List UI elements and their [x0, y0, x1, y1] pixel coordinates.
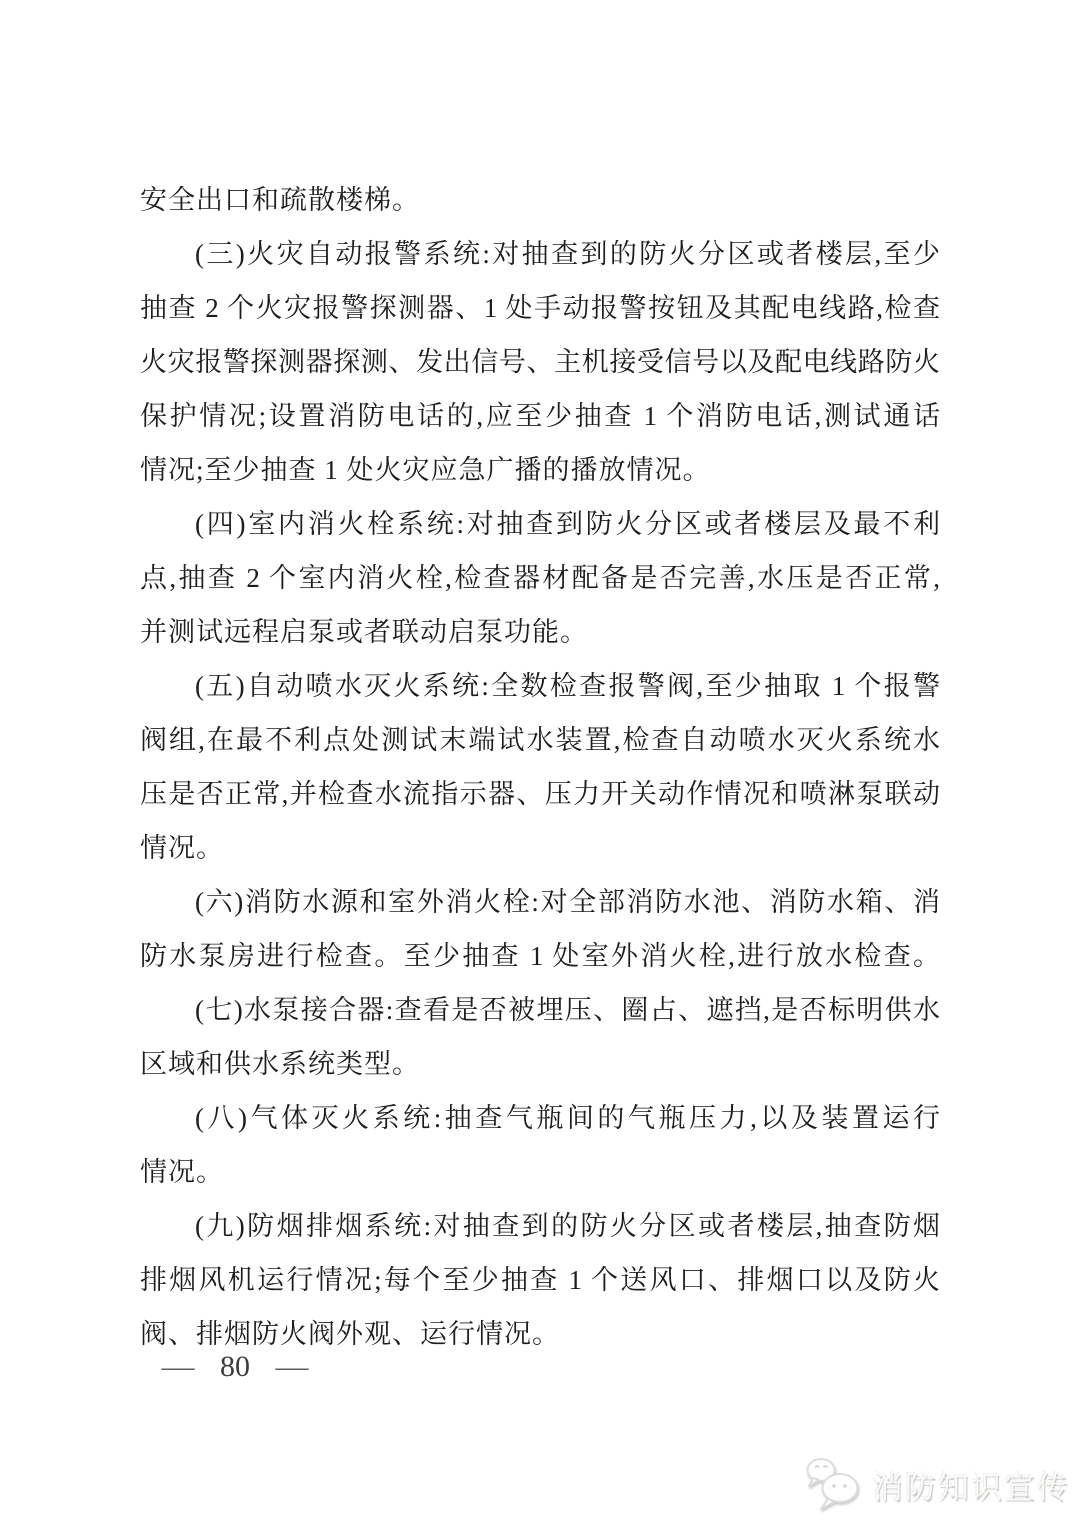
text-line: 火灾报警探测器探测、发出信号、主机接受信号以及配电线路防火 [140, 335, 940, 389]
page-number-dash-left: — [162, 1350, 195, 1384]
text-line: (六)消防水源和室外消火栓:对全部消防水池、消防水箱、消 [140, 875, 940, 929]
wechat-icon [804, 1457, 864, 1511]
text-line: 区域和供水系统类型。 [140, 1037, 940, 1091]
text-line: 抽查 2 个火灾报警探测器、1 处手动报警按钮及其配电线路,检查 [140, 281, 940, 335]
text-line: 情况;至少抽查 1 处火灾应急广播的播放情况。 [140, 443, 940, 497]
text-line: 安全出口和疏散楼梯。 [140, 173, 940, 227]
document-body: 安全出口和疏散楼梯。 (三)火灾自动报警系统:对抽查到的防火分区或者楼层,至少 … [140, 173, 940, 1361]
text-line: 点,抽查 2 个室内消火栓,检查器材配备是否完善,水压是否正常, [140, 551, 940, 605]
document-page: 安全出口和疏散楼梯。 (三)火灾自动报警系统:对抽查到的防火分区或者楼层,至少 … [0, 0, 1080, 1527]
text-line: 排烟风机运行情况;每个至少抽查 1 个送风口、排烟口以及防火 [140, 1253, 940, 1307]
page-number: — 80 — [163, 1350, 307, 1384]
text-line: 防水泵房进行检查。至少抽查 1 处室外消火栓,进行放水检查。 [140, 929, 940, 983]
page-number-dash-right: — [276, 1350, 309, 1384]
watermark: 消防知识宣传 [804, 1457, 1070, 1511]
text-line: 阀组,在最不利点处测试末端试水装置,检查自动喷水灭火系统水 [140, 713, 940, 767]
text-line: 压是否正常,并检查水流指示器、压力开关动作情况和喷淋泵联动 [140, 767, 940, 821]
text-line: (四)室内消火栓系统:对抽查到防火分区或者楼层及最不利 [140, 497, 940, 551]
text-line: (八)气体灭火系统:抽查气瓶间的气瓶压力,以及装置运行 [140, 1091, 940, 1145]
text-line: 保护情况;设置消防电话的,应至少抽查 1 个消防电话,测试通话 [140, 389, 940, 443]
text-line: (七)水泵接合器:查看是否被埋压、圈占、遮挡,是否标明供水 [140, 983, 940, 1037]
text-line: 并测试远程启泵或者联动启泵功能。 [140, 605, 940, 659]
page-number-value: 80 [220, 1350, 250, 1384]
watermark-label: 消防知识宣传 [872, 1462, 1070, 1507]
text-line: (三)火灾自动报警系统:对抽查到的防火分区或者楼层,至少 [140, 227, 940, 281]
text-line: (九)防烟排烟系统:对抽查到的防火分区或者楼层,抽查防烟 [140, 1199, 940, 1253]
text-line: (五)自动喷水灭火系统:全数检查报警阀,至少抽取 1 个报警 [140, 659, 940, 713]
text-line: 情况。 [140, 1145, 940, 1199]
text-line: 情况。 [140, 821, 940, 875]
